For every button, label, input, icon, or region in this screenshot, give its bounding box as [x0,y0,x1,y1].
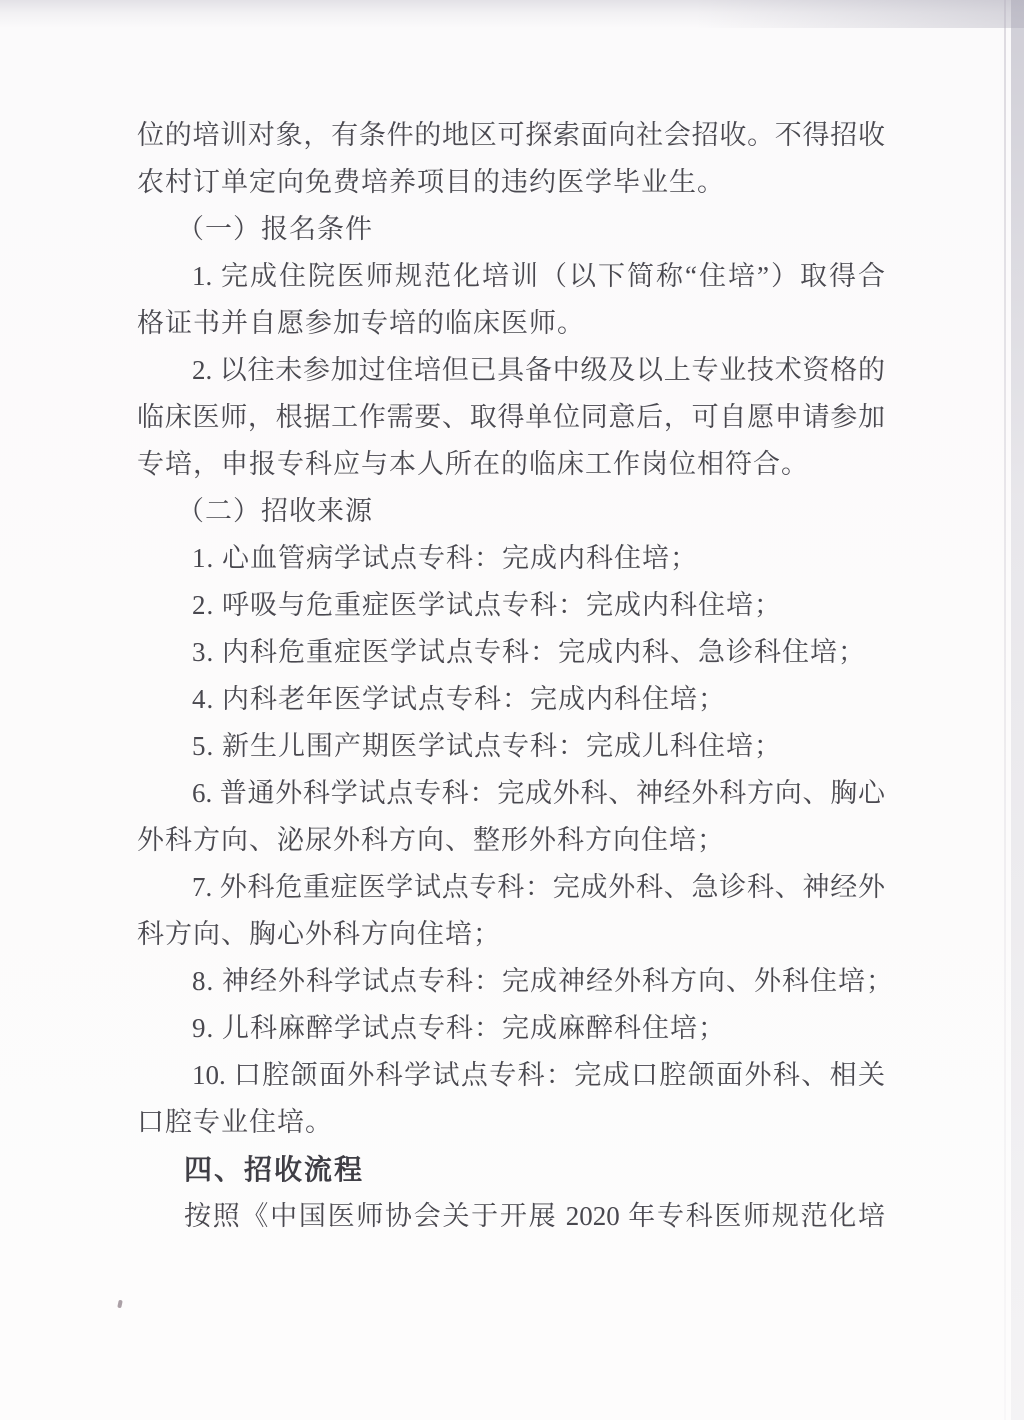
text-line: （一）报名条件 [137,206,885,253]
text-line: 外科方向、泌尿外科方向、整形外科方向住培； [137,817,885,864]
text-line: 5. 新生儿围产期医学试点专科：完成儿科住培； [137,723,885,770]
text-line: （二）招收来源 [137,488,885,535]
document-text-body: 位的培训对象，有条件的地区可探索面向社会招收。不得招收农村订单定向免费培养项目的… [137,112,885,1240]
scan-crease-line [1004,0,1006,1420]
text-line: 1. 完成住院医师规范化培训（以下简称“住培”）取得合 [137,253,885,300]
text-line: 6. 普通外科学试点专科：完成外科、神经外科方向、胸心 [137,770,885,817]
text-line: 格证书并自愿参加专培的临床医师。 [137,300,885,347]
scan-dust-speck [117,1300,123,1309]
scan-top-edge-shadow [0,0,1024,28]
text-line: 2. 呼吸与危重症医学试点专科：完成内科住培； [137,582,885,629]
text-line: 1. 心血管病学试点专科：完成内科住培； [137,535,885,582]
text-line: 7. 外科危重症医学试点专科：完成外科、急诊科、神经外 [137,864,885,911]
text-line: 10. 口腔颌面外科学试点专科：完成口腔颌面外科、相关 [137,1052,885,1099]
text-line: 按照《中国医师协会关于开展 2020 年专科医师规范化培 [137,1193,885,1240]
text-line: 科方向、胸心外科方向住培； [137,911,885,958]
scan-right-edge-shadow [1011,0,1024,1420]
text-line: 位的培训对象，有条件的地区可探索面向社会招收。不得招收 [137,112,885,159]
text-line: 9. 儿科麻醉学试点专科：完成麻醉科住培； [137,1005,885,1052]
text-line: 8. 神经外科学试点专科：完成神经外科方向、外科住培； [137,958,885,1005]
text-line: 口腔专业住培。 [137,1099,885,1146]
text-line: 临床医师，根据工作需要、取得单位同意后，可自愿申请参加 [137,394,885,441]
text-line: 3. 内科危重症医学试点专科：完成内科、急诊科住培； [137,629,885,676]
text-line: 4. 内科老年医学试点专科：完成内科住培； [137,676,885,723]
scanned-document-page: 位的培训对象，有条件的地区可探索面向社会招收。不得招收农村订单定向免费培养项目的… [0,0,1024,1420]
text-line: 2. 以往未参加过住培但已具备中级及以上专业技术资格的 [137,347,885,394]
section-heading-line: 四、招收流程 [137,1146,885,1193]
text-line: 专培，申报专科应与本人所在的临床工作岗位相符合。 [137,441,885,488]
text-line: 农村订单定向免费培养项目的违约医学毕业生。 [137,159,885,206]
